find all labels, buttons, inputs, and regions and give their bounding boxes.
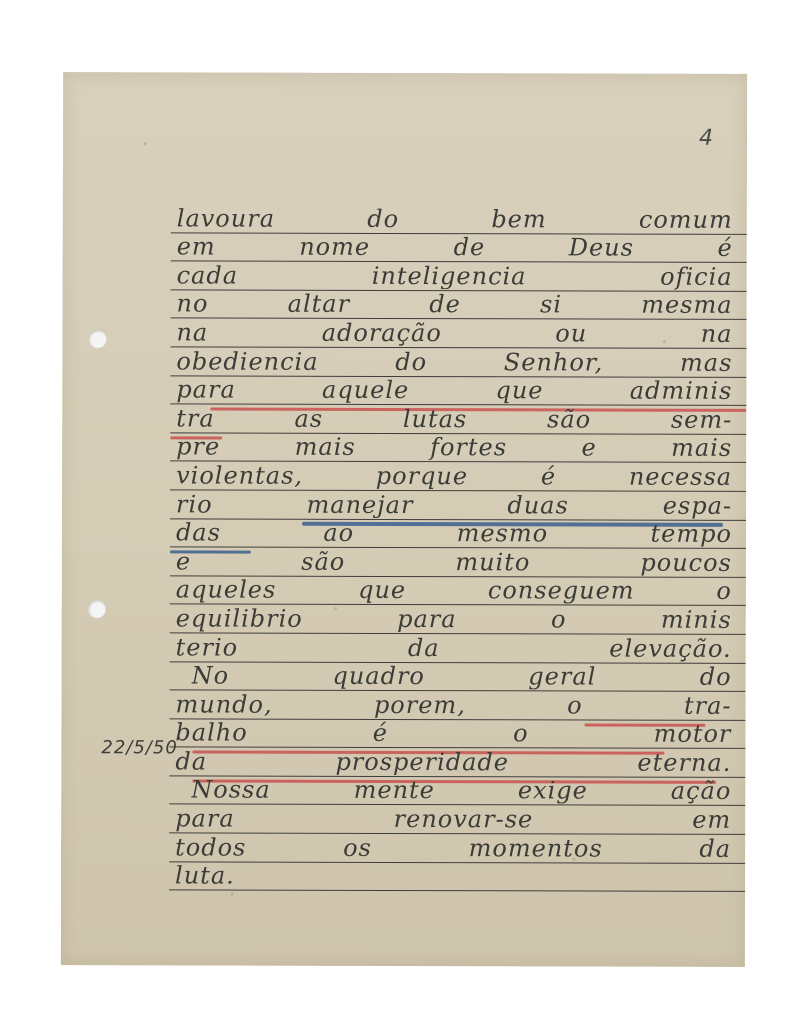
pencil-underlines: [63, 72, 747, 74]
text-line: tra as lutas são sem-: [170, 405, 746, 435]
margin-date-annotation: 22/5/50: [101, 737, 177, 758]
line-text: na adoração ou na: [176, 319, 732, 346]
text-line: para renovar-se em: [169, 805, 745, 835]
line-text: tra as lutas são sem-: [176, 405, 732, 432]
text-line: obediencia do Senhor, mas: [170, 347, 746, 377]
line-text: No quadro geral do: [192, 663, 732, 690]
line-text: luta.: [175, 863, 731, 890]
line-text: e são muito poucos: [176, 548, 732, 575]
line-text: para renovar-se em: [175, 805, 731, 832]
text-line: cada inteligencia oficia: [171, 262, 747, 292]
text-line: aqueles que conseguem o: [170, 576, 746, 606]
line-text: balho é o motor: [175, 720, 731, 747]
text-line: na adoração ou na: [170, 319, 746, 349]
line-text: aqueles que conseguem o: [176, 577, 732, 604]
ruled-text-area: lavoura do bem comum em nome de Deus é c…: [169, 204, 747, 892]
text-line: lavoura do bem comum: [171, 204, 747, 234]
text-line: para aquele que adminis: [170, 376, 746, 406]
punch-hole-bottom: [88, 600, 106, 618]
line-text: para aquele que adminis: [176, 377, 732, 404]
text-line: luta.: [169, 862, 745, 892]
line-text: rio manejar duas espa-: [176, 491, 732, 518]
line-text: Nossa mente exige ação: [191, 777, 731, 804]
line-text: obediencia do Senhor, mas: [176, 348, 732, 375]
text-line: da prosperidade eterna.: [169, 748, 745, 778]
line-text: no altar de si mesma: [177, 291, 733, 318]
line-text: das ao mesmo tempo: [176, 520, 732, 547]
line-text: mundo, porem, o tra-: [175, 691, 731, 718]
text-line: rio manejar duas espa-: [170, 490, 746, 520]
text-line: no altar de si mesma: [171, 290, 747, 320]
text-line: violentas, porque é necessa: [170, 462, 746, 492]
line-text: cada inteligencia oficia: [177, 262, 733, 289]
text-line: equilibrio para o minis: [170, 605, 746, 635]
line-text: lavoura do bem comum: [177, 205, 733, 232]
text-line: No quadro geral do: [170, 662, 746, 692]
punch-hole-top: [88, 330, 106, 348]
manuscript-page: 4 22/5/50 lavoura do bem comum em nome d…: [61, 72, 747, 967]
line-text: equilibrio para o minis: [176, 605, 732, 632]
text-line: balho é o motor: [169, 719, 745, 749]
line-text: todos os momentos da: [175, 834, 731, 861]
text-line: todos os momentos da: [169, 833, 745, 863]
text-line: terio da elevação.: [170, 633, 746, 663]
line-text: da prosperidade eterna.: [175, 748, 731, 775]
page-number: 4: [699, 126, 713, 151]
text-line: mundo, porem, o tra-: [169, 690, 745, 720]
line-text: violentas, porque é necessa: [176, 462, 732, 489]
text-line: em nome de Deus é: [171, 233, 747, 263]
line-text: terio da elevação.: [176, 634, 732, 661]
text-line: e são muito poucos: [170, 548, 746, 578]
line-text: pre mais fortes e mais: [176, 434, 732, 461]
text-line: Nossa mente exige ação: [169, 776, 745, 806]
line-text: em nome de Deus é: [177, 234, 733, 261]
text-line: das ao mesmo tempo: [170, 519, 746, 549]
text-line: pre mais fortes e mais: [170, 433, 746, 463]
